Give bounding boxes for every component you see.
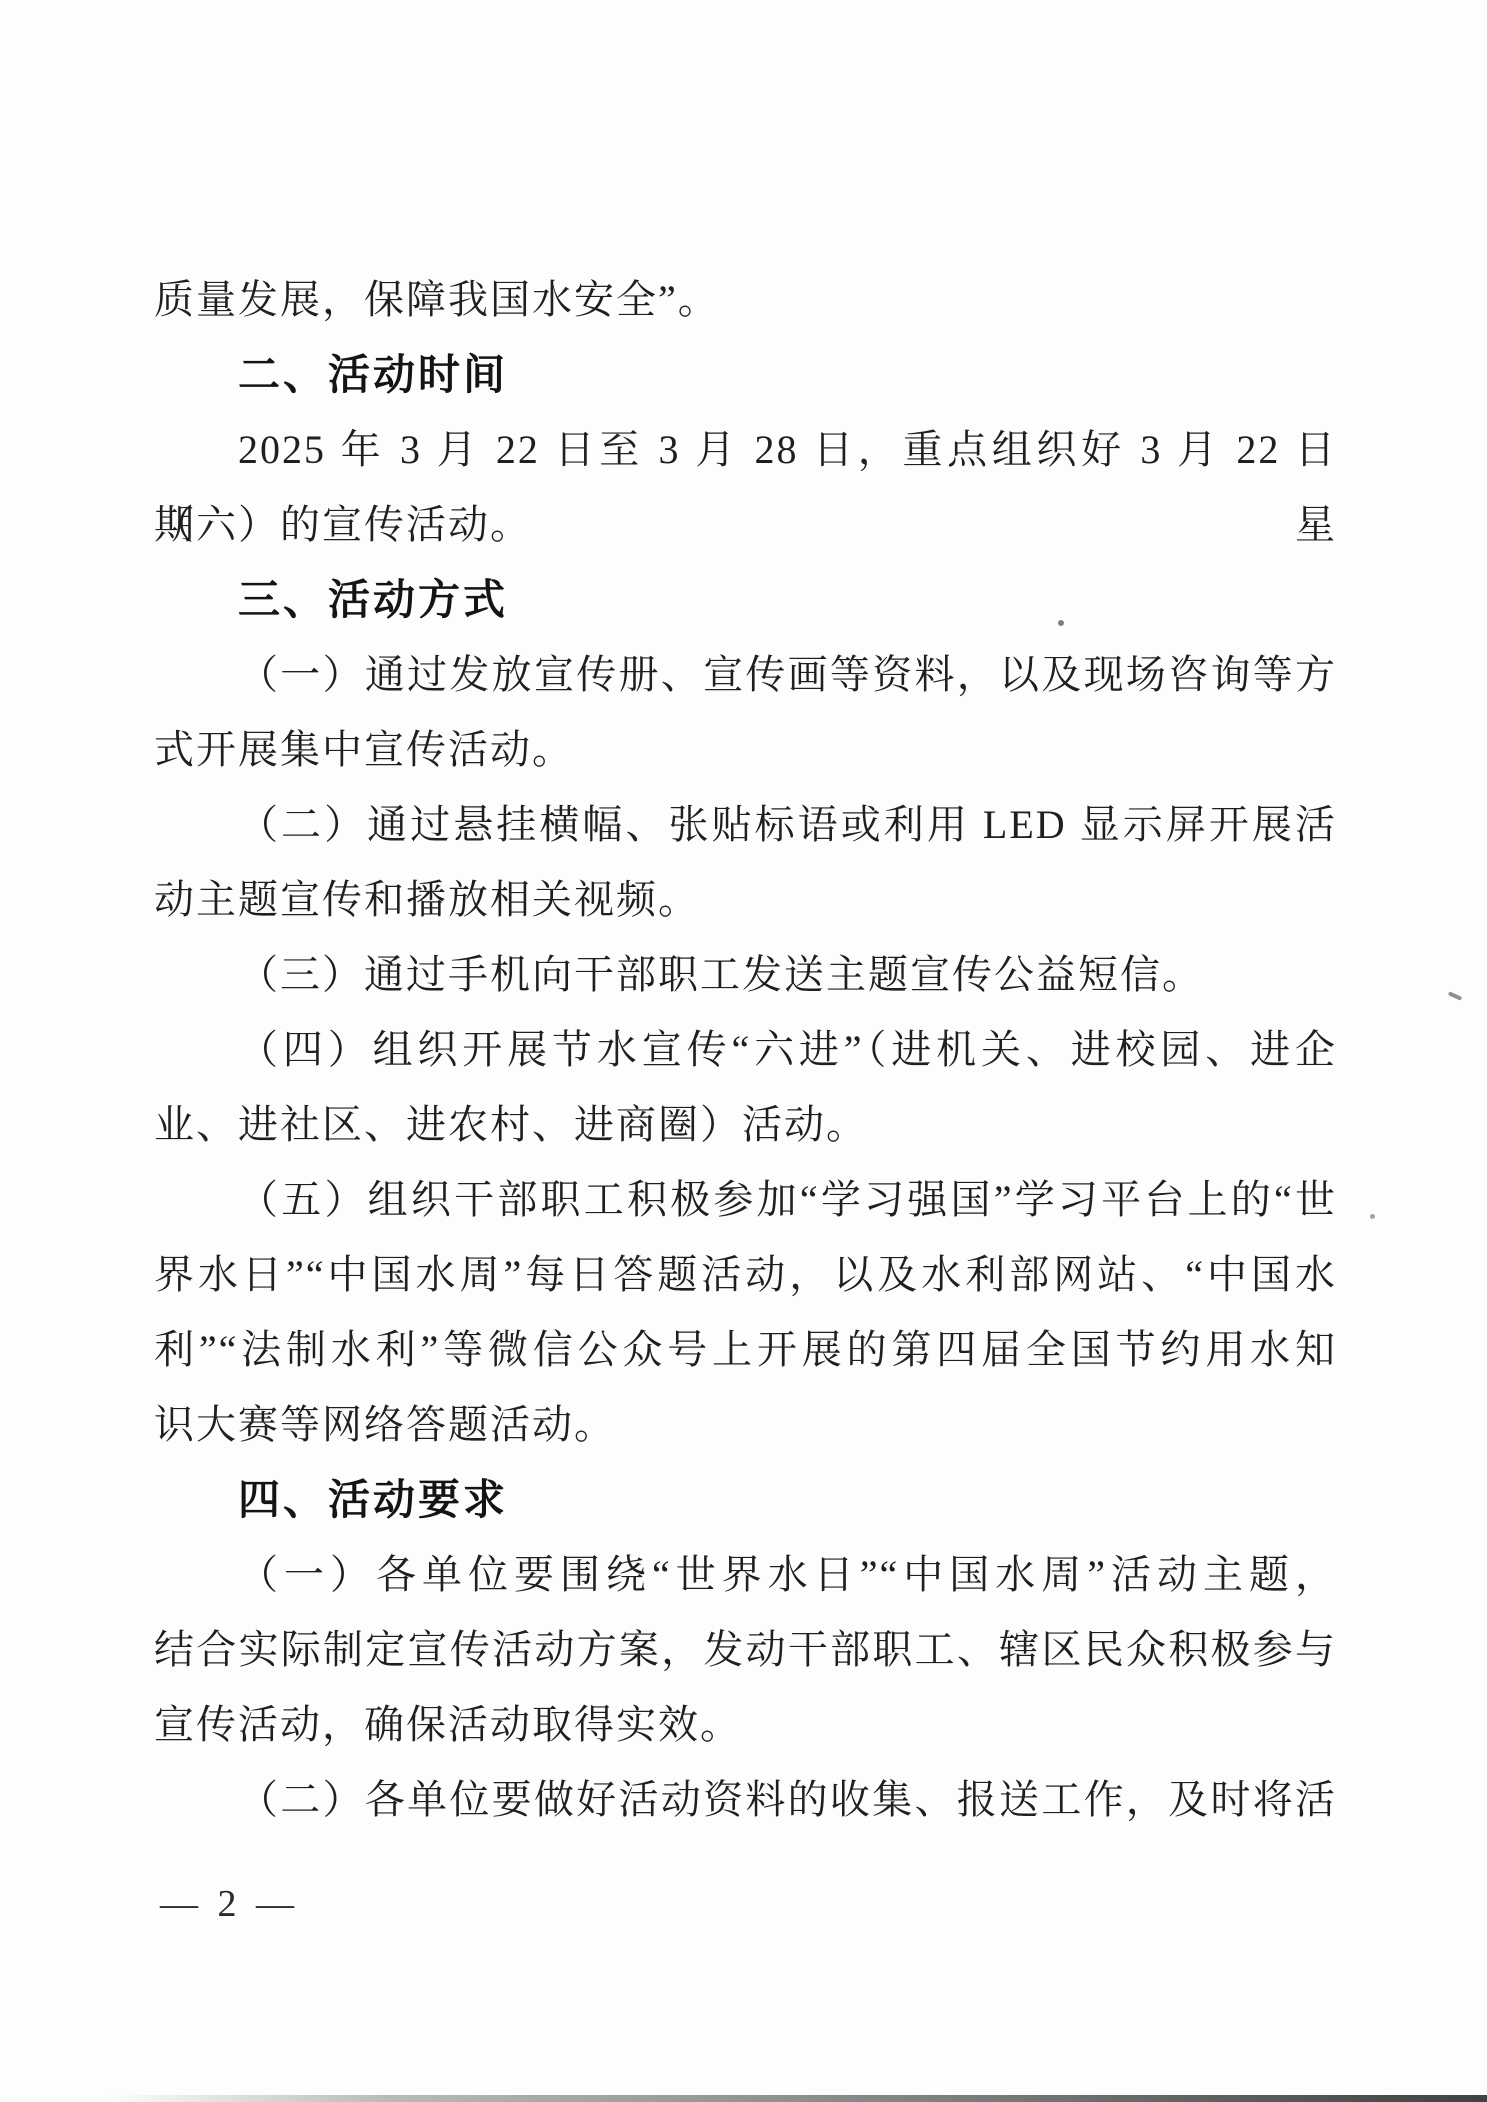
text-line: 2025 年 3 月 22 日至 3 月 28 日，重点组织好 3 月 22 日… — [154, 412, 1337, 487]
text-line: （二）通过悬挂横幅、张贴标语或利用 LED 显示屏开展活 — [154, 787, 1337, 862]
text-line: 式开展集中宣传活动。 — [154, 712, 1337, 787]
text-line: （二）各单位要做好活动资料的收集、报送工作，及时将活 — [154, 1762, 1337, 1837]
text-line: 界水日”“中国水周”每日答题活动，以及水利部网站、“中国水 — [154, 1237, 1337, 1312]
text-line: （一）通过发放宣传册、宣传画等资料，以及现场咨询等方 — [154, 637, 1337, 712]
scan-speck — [1058, 620, 1064, 626]
text-line: （三）通过手机向干部职工发送主题宣传公益短信。 — [154, 937, 1337, 1012]
text-line: 识大赛等网络答题活动。 — [154, 1387, 1337, 1462]
scanner-edge-artifact — [110, 2095, 1487, 2102]
scan-speck — [1370, 1214, 1375, 1219]
section-heading-activity-requirements: 四、活动要求 — [154, 1462, 1337, 1537]
document-page: 质量发展，保障我国水安全”。 二、活动时间 2025 年 3 月 22 日至 3… — [0, 0, 1487, 2102]
text-line: 结合实际制定宣传活动方案，发动干部职工、辖区民众积极参与 — [154, 1612, 1337, 1687]
text-line: 动主题宣传和播放相关视频。 — [154, 862, 1337, 937]
document-body: 质量发展，保障我国水安全”。 二、活动时间 2025 年 3 月 22 日至 3… — [154, 262, 1337, 1837]
text-line: 业、进社区、进农村、进商圈）活动。 — [154, 1087, 1337, 1162]
text-line: 质量发展，保障我国水安全”。 — [154, 262, 1337, 337]
scan-speck — [1448, 991, 1462, 1000]
text-line: 利”“法制水利”等微信公众号上开展的第四届全国节约用水知 — [154, 1312, 1337, 1387]
text-line: （一）各单位要围绕“世界水日”“中国水周”活动主题， — [154, 1537, 1337, 1612]
section-heading-activity-mode: 三、活动方式 — [154, 562, 1337, 637]
section-heading-activity-time: 二、活动时间 — [154, 337, 1337, 412]
text-line: （五）组织干部职工积极参加“学习强国”学习平台上的“世 — [154, 1162, 1337, 1237]
page-number: — 2 — — [160, 1882, 299, 1926]
text-line: 宣传活动，确保活动取得实效。 — [154, 1687, 1337, 1762]
text-line: （四）组织开展节水宣传“六进”（进机关、进校园、进企 — [154, 1012, 1337, 1087]
